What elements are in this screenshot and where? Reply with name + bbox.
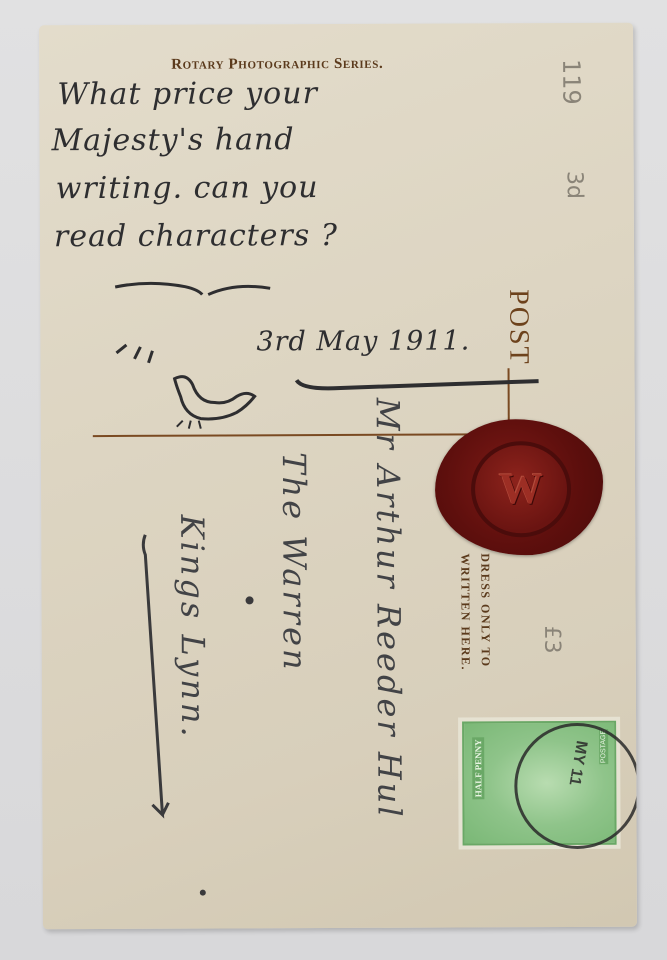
address-line-2: The Warren (275, 452, 314, 673)
arrow-stroke (143, 535, 168, 815)
postcard: Rotary Photographic Series. What price y… (39, 23, 637, 930)
pencil-price-mark: £3 (539, 626, 564, 654)
ink-dot-2 (200, 890, 206, 896)
address-line-1: Mr Arthur Reeder Hul (369, 398, 409, 820)
stamp-value: HALF PENNY (472, 737, 484, 799)
seal-monogram: W (475, 463, 567, 514)
bird-drawing-icon (175, 376, 255, 419)
tick-marks (116, 345, 152, 363)
eyebrow-stroke-left (115, 283, 202, 295)
postmark-circle: MY 11 (514, 723, 637, 850)
wax-seal: W (435, 419, 604, 556)
address-line-3: Kings Lynn. (173, 515, 212, 740)
bird-feet (177, 421, 201, 429)
pencil-note-number: 119 (557, 59, 585, 105)
eyebrow-stroke-right (208, 286, 270, 294)
ink-dot (246, 596, 254, 604)
seal-ring: W (471, 441, 571, 537)
pencil-note-price: 3d (562, 171, 587, 199)
date-underline (297, 379, 539, 388)
